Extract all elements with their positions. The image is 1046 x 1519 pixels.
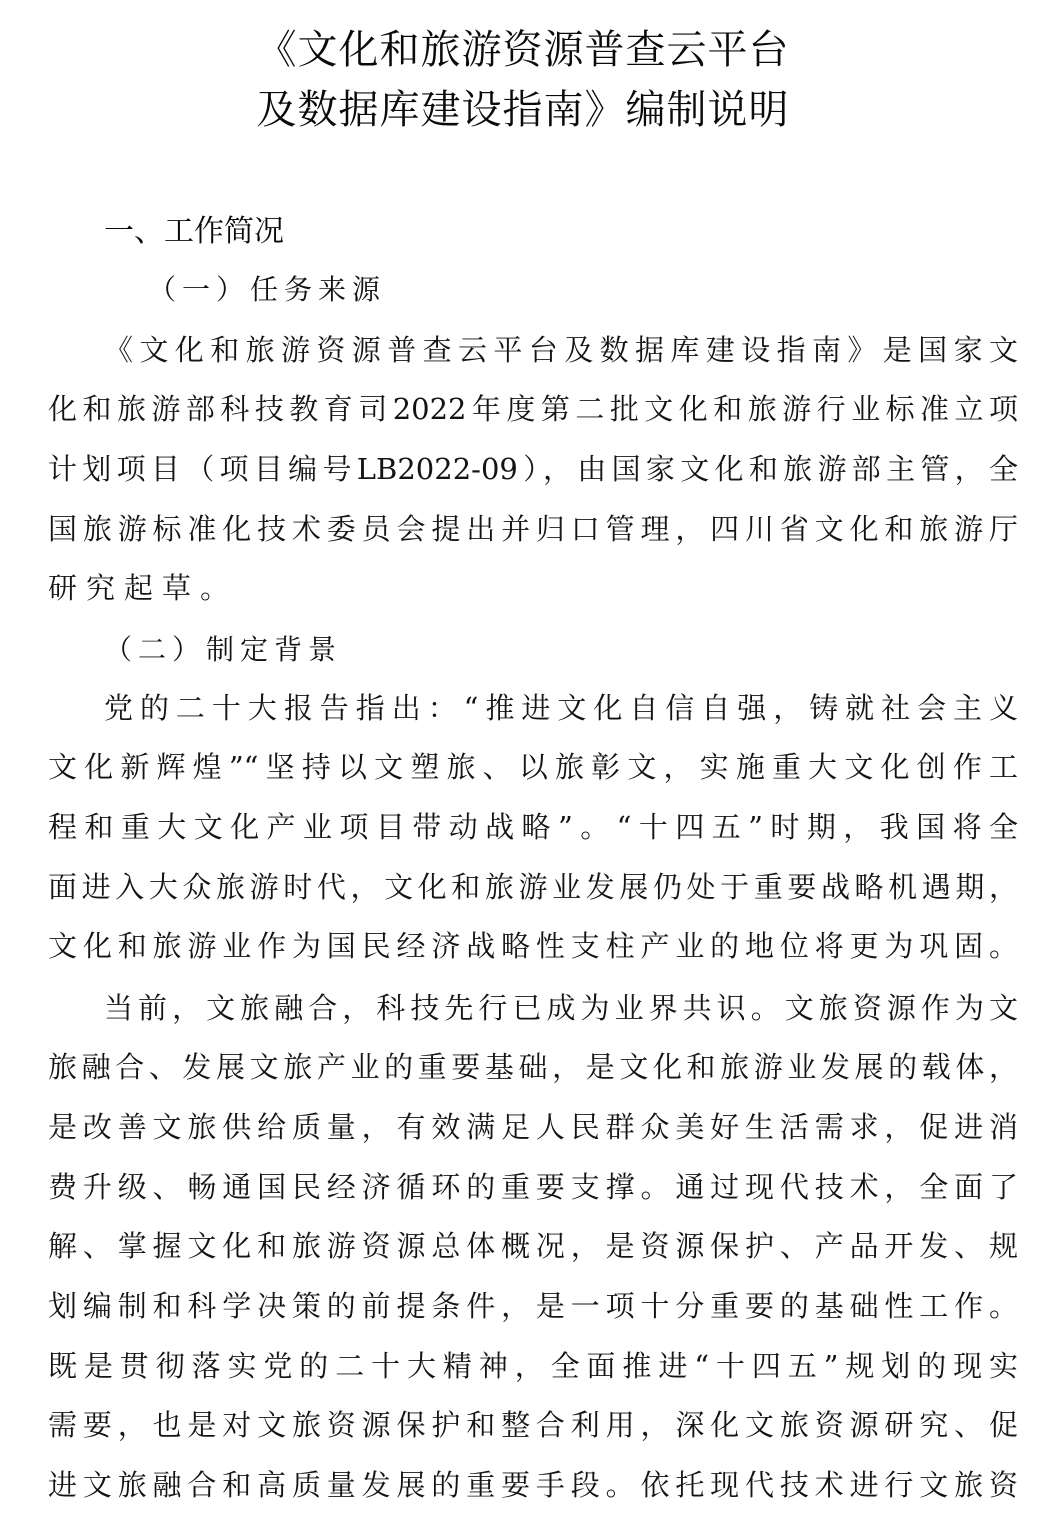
document-title-line-2: 及数据库建设指南》编制说明 — [0, 78, 1046, 135]
paragraph-line: 当前，文旅融合，科技先行已成为业界共识。文旅资源作为文 — [104, 988, 1018, 1028]
paragraph-line: 既是贯彻落实党的二十大精神，全面推进“十四五”规划的现实 — [48, 1346, 1018, 1386]
paragraph-line: 党的二十大报告指出：“推进文化自信自强，铸就社会主义 — [104, 688, 1018, 728]
paragraph-line: 研究起草。 — [48, 568, 1018, 608]
paragraph-line: 需要，也是对文旅资源保护和整合利用，深化文旅资源研究、促 — [48, 1405, 1018, 1445]
subsection-heading-background: （二）制定背景 — [104, 628, 342, 668]
document-page: 《文化和旅游资源普查云平台 及数据库建设指南》编制说明 一、工作简况 （一）任务… — [0, 0, 1046, 1519]
paragraph-line: 国旅游标准化技术委员会提出并归口管理，四川省文化和旅游厅 — [48, 509, 1018, 549]
paragraph-line: 进文旅融合和高质量发展的重要手段。依托现代技术进行文旅资 — [48, 1465, 1018, 1505]
paragraph-line: 文化新辉煌”“坚持以文塑旅、以旅彰文，实施重大文化创作工 — [48, 747, 1018, 787]
paragraph-line: 旅融合、发展文旅产业的重要基础，是文化和旅游业发展的载体， — [48, 1047, 1018, 1087]
paragraph-line: 解、掌握文化和旅游资源总体概况，是资源保护、产品开发、规 — [48, 1226, 1018, 1266]
paragraph-line: 是改善文旅供给质量，有效满足人民群众美好生活需求，促进消 — [48, 1107, 1018, 1147]
subsection-heading-task-source: （一）任务来源 — [148, 268, 386, 308]
paragraph-line: 划编制和科学决策的前提条件，是一项十分重要的基础性工作。 — [48, 1286, 1018, 1326]
paragraph-line: 程和重大文化产业项目带动战略”。“十四五”时期，我国将全 — [48, 807, 1018, 847]
document-title-line-1: 《文化和旅游资源普查云平台 — [0, 18, 1046, 75]
paragraph-line: 面进入大众旅游时代，文化和旅游业发展仍处于重要战略机遇期， — [48, 867, 1018, 907]
paragraph-line: 费升级、畅通国民经济循环的重要支撑。通过现代技术，全面了 — [48, 1167, 1018, 1207]
paragraph-line: 计划项目（项目编号LB2022-09），由国家文化和旅游部主管，全 — [48, 449, 1018, 489]
section-heading-work-overview: 一、工作简况 — [104, 206, 284, 250]
paragraph-line: 化和旅游部科技教育司2022年度第二批文化和旅游行业标准立项 — [48, 389, 1018, 429]
paragraph-line: 《文化和旅游资源普查云平台及数据库建设指南》是国家文 — [104, 330, 1018, 370]
paragraph-line: 文化和旅游业作为国民经济战略性支柱产业的地位将更为巩固。 — [48, 926, 1018, 966]
